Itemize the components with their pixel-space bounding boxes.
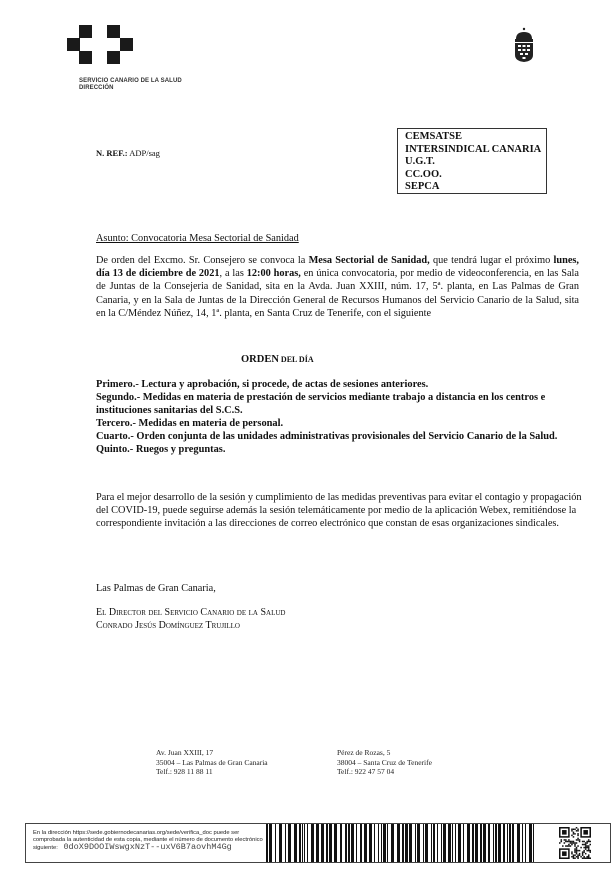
recipient: CEMSATSE [405,131,546,144]
meeting-name: Mesa Sectorial de Sanidad, [309,255,430,266]
qr-code-icon [559,827,591,859]
verification-code: 0doX9DOOIWswgxNzT--uxV6B7aovhM4Gg [63,842,231,852]
barcode-icon [266,824,536,862]
recipient: SEPCA [405,181,546,194]
phone-line: Telf.: 928 11 88 11 [156,767,268,777]
agenda-item: Tercero.- Medidas en materia de personal… [96,417,582,430]
reference: N. REF.: ADP/sag [96,148,160,158]
canarias-coat-of-arms-icon [510,27,538,63]
agenda-list: Primero.- Lectura y aprobación, si proce… [96,378,582,456]
subject-line: Asunto: Convocatoria Mesa Sectorial de S… [96,233,299,244]
verification-text: En la dirección https://sede.gobiernodec… [33,830,265,853]
reference-value: ADP/sag [129,148,160,158]
address-tenerife: Pérez de Rozas, 5 38004 – Santa Cruz de … [337,748,432,777]
verification-strip: En la dirección https://sede.gobiernodec… [25,823,611,863]
place: Las Palmas de Gran Canaria, [96,583,216,594]
text: que tendrá lugar el próximo [430,255,554,266]
organization-line: SERVICIO CANARIO DE LA SALUD [79,78,182,85]
agenda-item: Segundo.- Medidas en materia de prestaci… [96,391,582,417]
agenda-title-small: DEL DÍA [279,355,314,364]
recipient: U.G.T. [405,156,546,169]
department-line: DIRECCIÓN [79,85,182,92]
reference-label: N. REF.: [96,148,128,158]
agenda-item: Quinto.- Ruegos y preguntas. [96,443,582,456]
agenda-title: ORDEN DEL DÍA [241,354,314,365]
phone-line: Telf.: 922 47 57 04 [337,767,432,777]
text: , a las [220,268,247,279]
scs-cross-logo-icon [67,25,139,65]
signer-title: El Director del Servicio Canario de la S… [96,606,285,619]
recipient: INTERSINDICAL CANARIA [405,144,546,157]
agenda-title-main: ORDEN [241,354,279,365]
text: De orden del Excmo. Sr. Consejero se con… [96,255,309,266]
address-las-palmas: Av. Juan XXIII, 17 35004 – Las Palmas de… [156,748,268,777]
address-line: Av. Juan XXIII, 17 [156,748,268,758]
meeting-time: 12:00 horas, [247,268,301,279]
address-line: 38004 – Santa Cruz de Tenerife [337,758,432,768]
organization-name: SERVICIO CANARIO DE LA SALUD DIRECCIÓN [79,78,182,92]
signer-name: Conrado Jesús Domínguez Trujillo [96,619,285,632]
convocation-paragraph: De orden del Excmo. Sr. Consejero se con… [96,254,579,320]
recipients-box: CEMSATSE INTERSINDICAL CANARIA U.G.T. CC… [397,128,547,194]
recipient: CC.OO. [405,169,546,182]
agenda-item: Cuarto.- Orden conjunta de las unidades … [96,430,582,443]
covid-note: Para el mejor desarrollo de la sesión y … [96,491,582,531]
address-line: 35004 – Las Palmas de Gran Canaria [156,758,268,768]
agenda-item: Primero.- Lectura y aprobación, si proce… [96,378,582,391]
signer: El Director del Servicio Canario de la S… [96,606,285,632]
address-line: Pérez de Rozas, 5 [337,748,432,758]
